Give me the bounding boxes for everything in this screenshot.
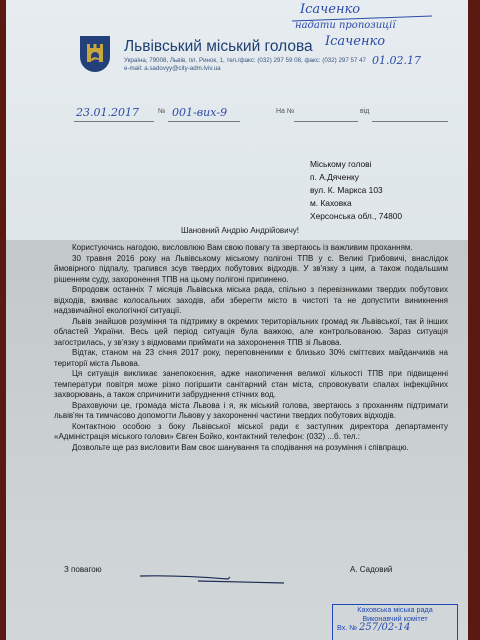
body-paragraph: Львів знайшов розуміння та підтримку в о… <box>54 317 448 349</box>
letterhead-address: Україна, 79008, Львів, пл. Ринок, 1, тел… <box>124 57 366 65</box>
recipient-line: м. Каховка <box>310 197 402 210</box>
reply-to-label: На № <box>276 108 294 115</box>
letterhead-email: e-mail: a.sadovyy@city-adm.lviv.ua <box>124 65 366 73</box>
signer-name: А. Садовий <box>350 565 392 574</box>
recipient-line: вул. К. Маркса 103 <box>310 184 402 197</box>
letterhead-contacts: Україна, 79008, Львів, пл. Ринок, 1, тел… <box>124 57 366 73</box>
recipient-block: Міському голові п. А.Дяченку вул. К. Мар… <box>310 158 402 223</box>
stamp-org: Каховська міська рада <box>333 605 457 614</box>
outgoing-date: 23.01.2017 <box>76 106 139 119</box>
body-paragraph: Відтак, станом на 23 січня 2017 року, пе… <box>54 348 448 369</box>
resolution-date: 01.02.17 <box>372 54 421 67</box>
letterhead-title: Львівський міський голова <box>124 38 313 56</box>
body-paragraph: Впродовж останніх 7 місяців Львівська мі… <box>54 285 448 317</box>
stamp-number: 257/02-14 <box>359 622 410 633</box>
date-line <box>74 121 154 122</box>
lviv-coat-of-arms-icon <box>80 36 110 72</box>
stamp-number-row: Вх. № 257/02-14 <box>333 623 457 632</box>
resolution-instruction: надати пропозиції <box>295 20 396 31</box>
recipient-line: Міському голові <box>310 158 402 171</box>
resolution-signature: Ісаченко <box>325 34 385 49</box>
resolution-assignee: Ісаченко <box>300 2 360 17</box>
salutation: Шановний Андрію Андрійовичу! <box>0 226 480 235</box>
body-paragraph: Контактною особою з боку Львівської місь… <box>54 422 448 443</box>
body-paragraph: Користуючись нагодою, висловлюю Вам свою… <box>54 243 448 254</box>
from-label: від <box>360 108 369 115</box>
body-paragraph: 30 травня 2016 року на Львівському міськ… <box>54 254 448 286</box>
incoming-stamp: Каховська міська рада Виконавчий комітет… <box>332 604 458 640</box>
body-paragraph: Враховуючи це, громада міста Львова і я,… <box>54 401 448 422</box>
recipient-line: Херсонська обл., 74800 <box>310 210 402 223</box>
stamp-number-label: Вх. № <box>337 623 357 632</box>
reply-to-line <box>294 121 358 122</box>
recipient-line: п. А.Дяченку <box>310 171 402 184</box>
letter-body: Користуючись нагодою, висловлюю Вам свою… <box>54 243 448 453</box>
signature-icon <box>138 574 286 584</box>
closing-regards: З повагою <box>64 565 102 574</box>
body-paragraph: Ця ситуація викликає занепокоєння, адже … <box>54 369 448 401</box>
from-line <box>372 121 448 122</box>
body-paragraph: Дозвольте ще раз висловити Вам своє шану… <box>54 443 448 454</box>
number-label: № <box>158 108 166 115</box>
outgoing-number: 001-вих-9 <box>172 106 227 119</box>
number-line <box>168 121 240 122</box>
